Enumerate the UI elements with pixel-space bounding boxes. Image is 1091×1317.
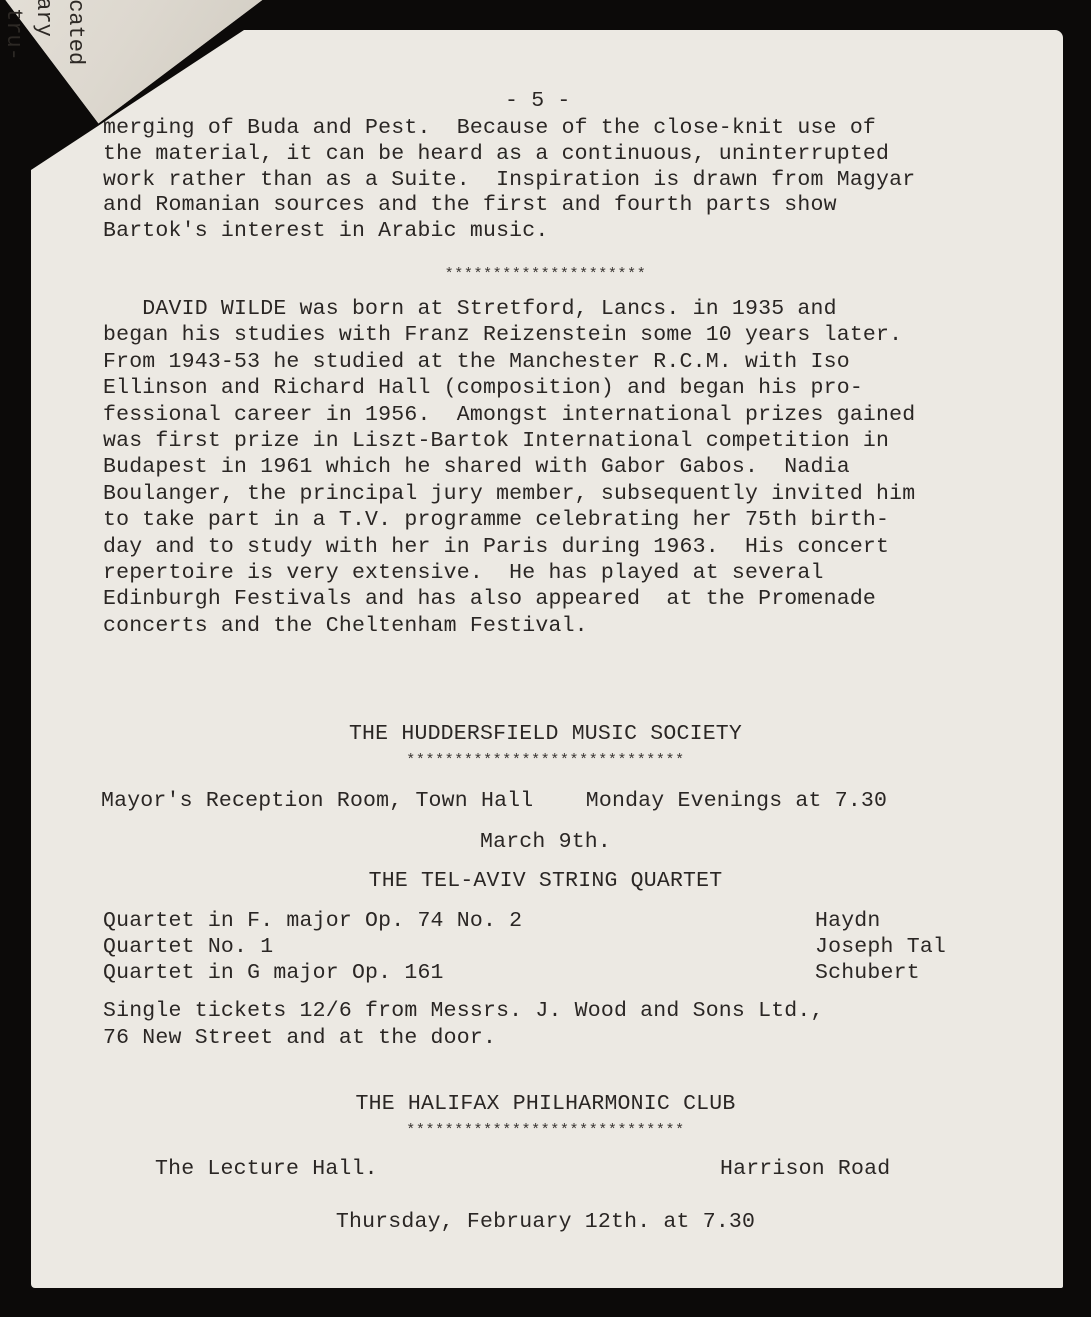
programme-work: Quartet No. 1 <box>103 934 273 960</box>
halifax-venue-right: Harrison Road <box>720 1156 890 1182</box>
text-line: day and to study with her in Paris durin… <box>103 534 889 560</box>
text-line: From 1943-53 he studied at the Mancheste… <box>103 349 850 375</box>
text-line: merging of Buda and Pest. Because of the… <box>103 115 876 141</box>
programme-composer: Joseph Tal <box>815 934 946 960</box>
programme-work: Quartet in G major Op. 161 <box>103 960 444 986</box>
text-line: DAVID WILDE was born at Stretford, Lancs… <box>103 296 837 322</box>
text-line: Single tickets 12/6 from Messrs. J. Wood… <box>103 998 824 1024</box>
text-line: 76 New Street and at the door. <box>103 1025 496 1051</box>
performer-name: THE TEL-AVIV STRING QUARTET <box>0 868 1091 894</box>
text-line: and Romanian sources and the first and f… <box>103 192 837 218</box>
text-line: Edinburgh Festivals and has also appeare… <box>103 586 876 612</box>
text-line: began his studies with Franz Reizenstein… <box>103 322 902 348</box>
huddersfield-title: THE HUDDERSFIELD MUSIC SOCIETY <box>0 721 1091 747</box>
text-line: was first prize in Liszt-Bartok Internat… <box>103 428 889 454</box>
programme-composer: Schubert <box>815 960 920 986</box>
text-line: repertoire is very extensive. He has pla… <box>103 560 824 586</box>
text-line: to take part in a T.V. programme celebra… <box>103 507 889 533</box>
text-line: concerts and the Cheltenham Festival. <box>103 613 588 639</box>
page-number: - 5 - <box>505 88 571 114</box>
concert-date: March 9th. <box>0 829 1091 855</box>
huddersfield-venue: Mayor's Reception Room, Town Hall Monday… <box>101 788 887 814</box>
section-separator: ********************* <box>0 262 1091 288</box>
halifax-date: Thursday, February 12th. at 7.30 <box>0 1209 1091 1235</box>
text-line: Budapest in 1961 which he shared with Ga… <box>103 454 850 480</box>
halifax-title: THE HALIFAX PHILHARMONIC CLUB <box>0 1091 1091 1117</box>
text-line: the material, it can be heard as a conti… <box>103 141 889 167</box>
flap-fragment: tru- <box>1 8 26 61</box>
text-line: fessional career in 1956. Amongst intern… <box>103 402 915 428</box>
text-line: Ellinson and Richard Hall (composition) … <box>103 375 863 401</box>
halifax-venue-left: The Lecture Hall. <box>155 1156 378 1182</box>
text-line: Bartok's interest in Arabic music. <box>103 218 548 244</box>
programme-work: Quartet in F. major Op. 74 No. 2 <box>103 908 522 934</box>
text-line: work rather than as a Suite. Inspiration… <box>103 167 915 193</box>
programme-composer: Haydn <box>815 908 881 934</box>
flap-fragment: nary <box>31 0 56 37</box>
flap-text: icated nary tru- <box>0 0 120 110</box>
text-line: Boulanger, the principal jury member, su… <box>103 481 915 507</box>
huddersfield-stars: ***************************** <box>0 748 1091 774</box>
halifax-stars: ***************************** <box>0 1118 1091 1144</box>
flap-fragment: icated <box>63 0 88 65</box>
